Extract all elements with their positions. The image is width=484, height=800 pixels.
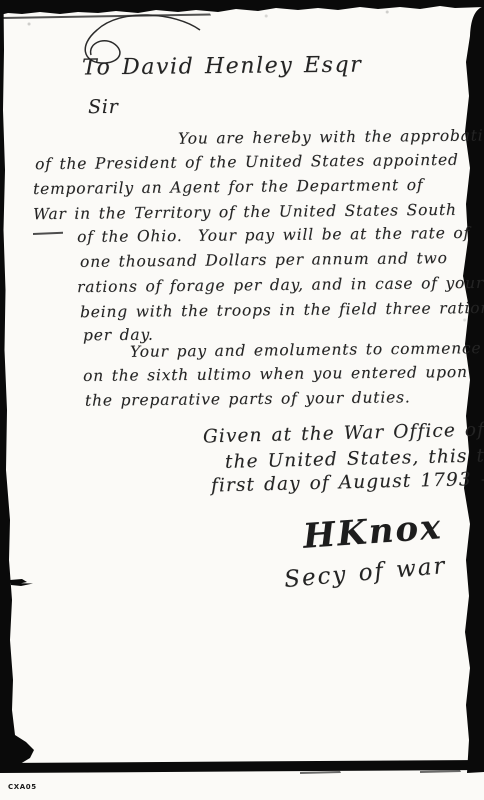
body-line: You are hereby with the approbation [178,126,484,147]
margin-dash-mark [33,232,63,235]
signature: HKnox [302,507,444,557]
bottom-border [0,760,484,773]
body-line: War in the Territory of the United State… [33,201,457,223]
salutation-line: Sir [88,96,119,118]
left-border [0,0,34,770]
closing-line: first day of August 1793 — [211,468,484,496]
body-line: one thousand Dollars per annum and two [80,249,448,271]
left-border-blob [10,579,33,586]
body-line: Your pay and emoluments to commence [130,339,482,361]
scan-reference-label: CXA05 [8,783,37,791]
closing-line: the United States, this thirty [225,444,484,473]
signature-title: Secy of war [283,553,447,593]
body-line: the preparative parts of your duties. [85,388,411,409]
body-line: being with the troops in the field three… [80,299,484,321]
body-line: temporarily an Agent for the Department … [33,176,424,198]
right-border [463,4,484,773]
body-line: per day. [83,326,154,345]
top-border-streak [2,14,211,20]
scanned-letter-page: To David Henley Esqr Sir You are hereby … [0,0,484,800]
recipient-line: To David Henley Esqr [82,53,363,81]
body-line: of the Ohio. Your pay will be at the rat… [77,224,470,246]
body-line: on the sixth ultimo when you entered upo… [83,363,468,385]
closing-line: Given at the War Office of [203,420,484,448]
body-line: of the President of the United States ap… [35,151,459,173]
top-border [0,0,484,15]
bottom-border-speckle [300,770,461,774]
body-line: rations of forage per day, and in case o… [77,274,484,296]
